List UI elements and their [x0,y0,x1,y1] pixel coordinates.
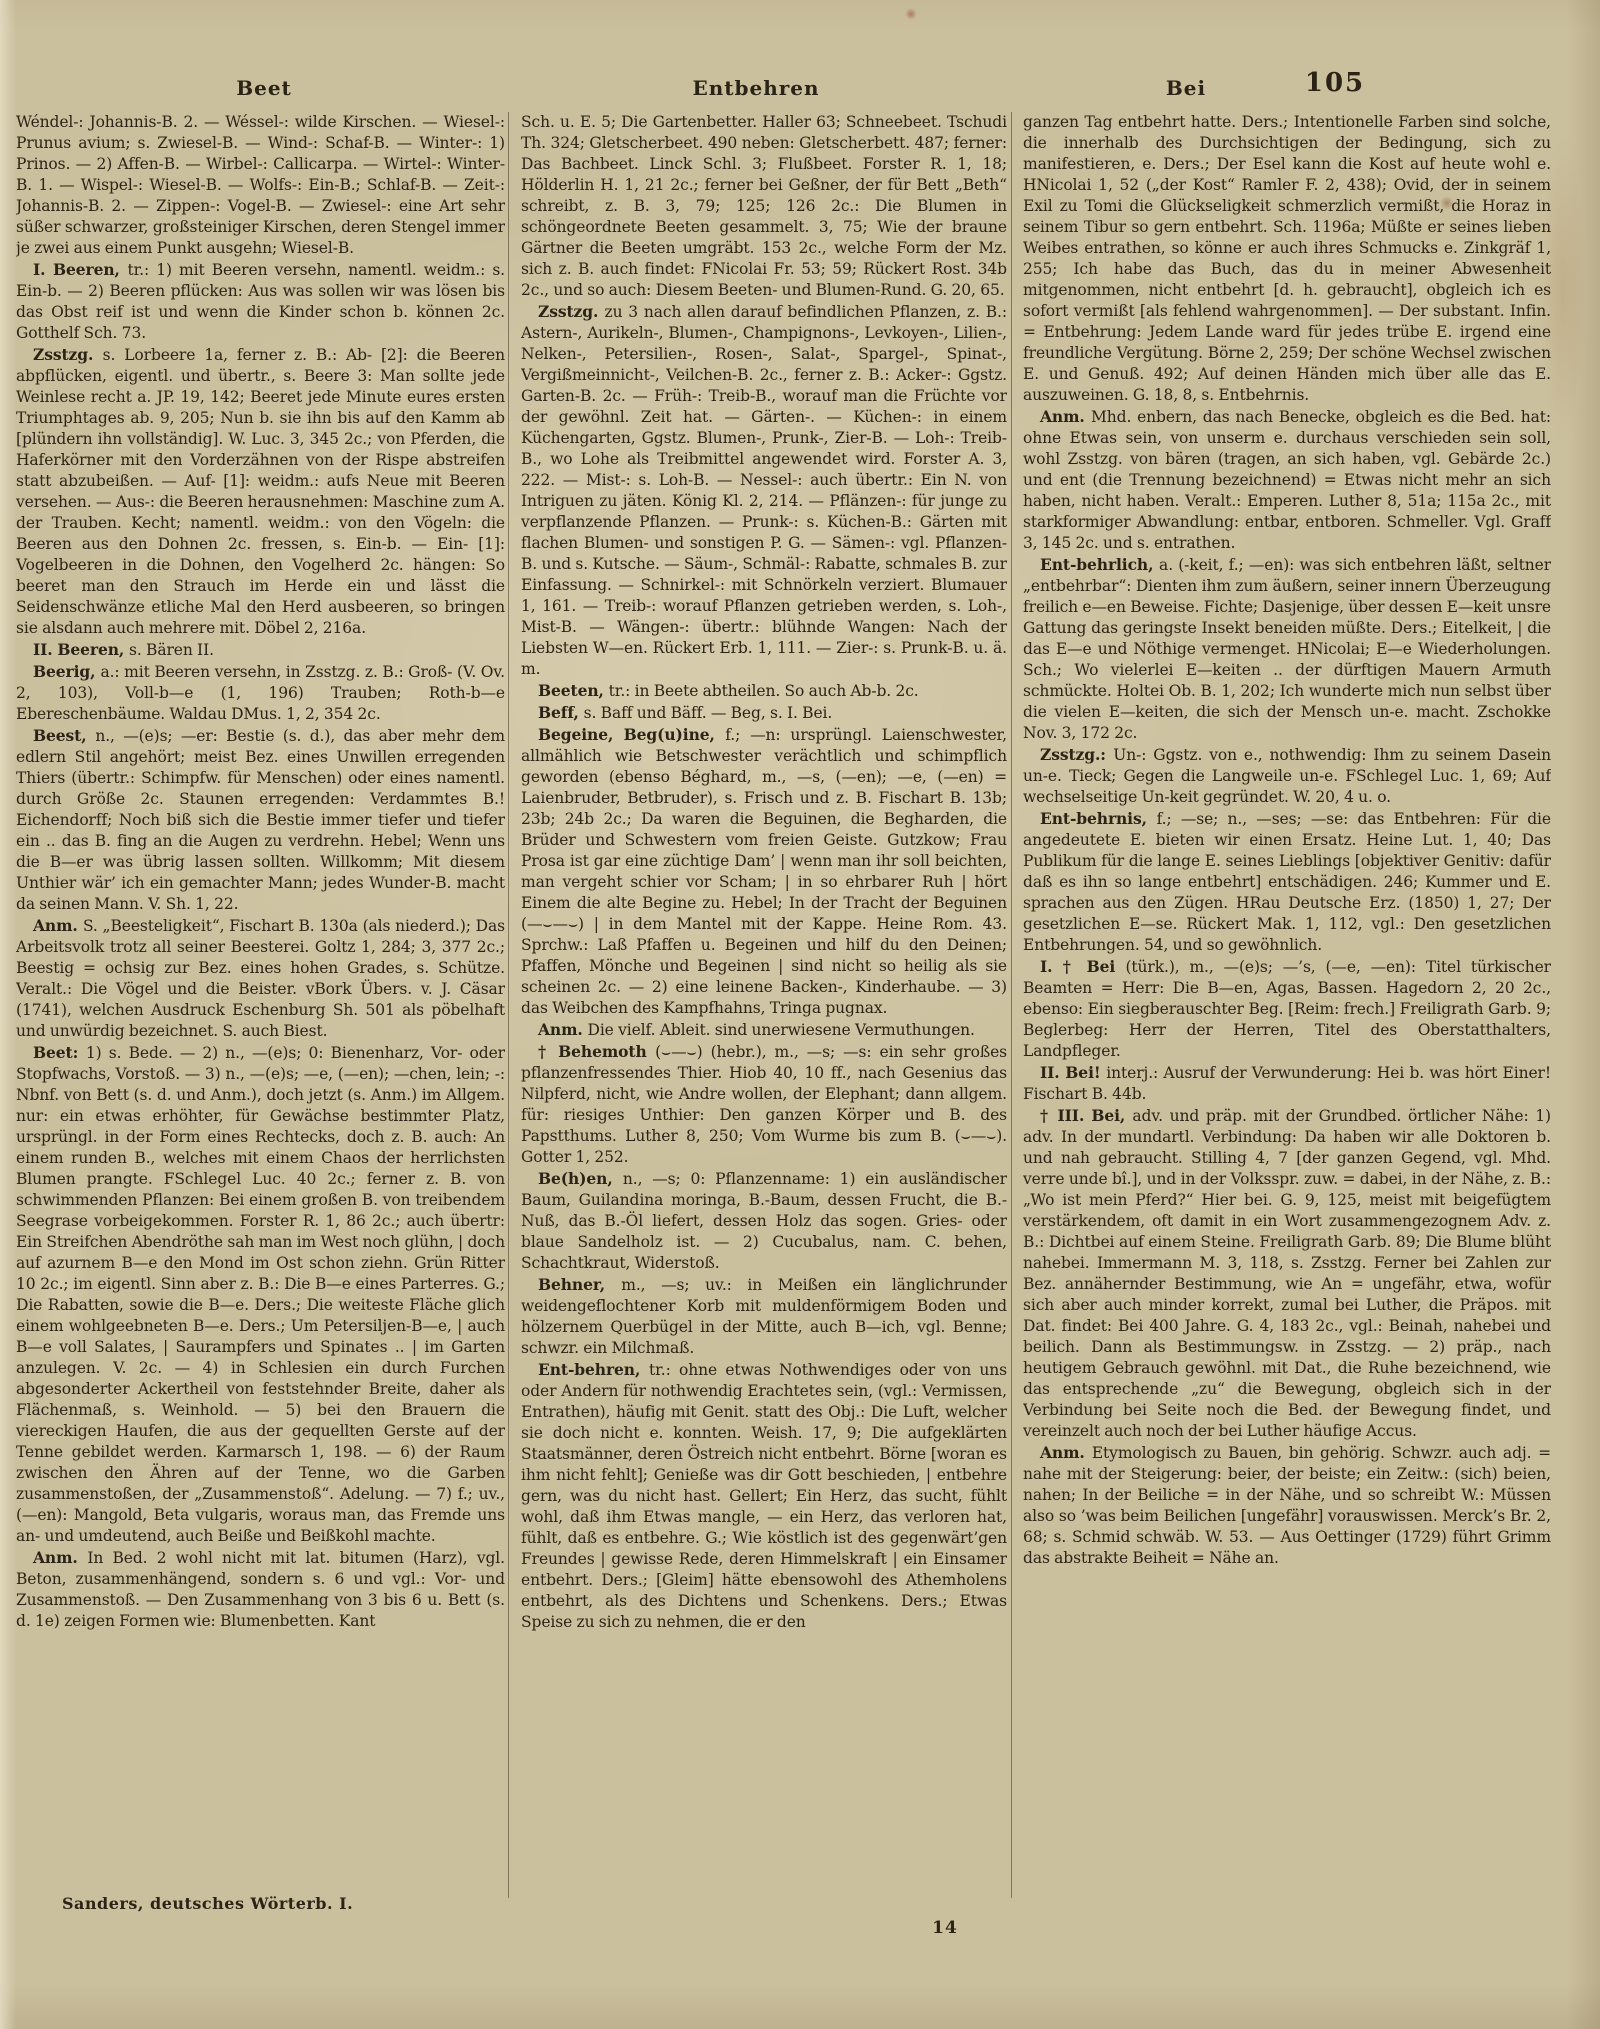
entry-paragraph: † III. Bei, adv. und präp. mit der Grund… [1023,1105,1551,1442]
entry-paragraph: Wéndel-: Johannis-B. 2. — Wéssel-: wilde… [16,112,505,259]
paper-stain [905,8,917,20]
headword: Beeten, [538,681,609,700]
entry-paragraph: I. Beeren, tr.: 1) mit Beeren versehn, n… [16,259,505,344]
headword: † III. Bei, [1040,1106,1132,1125]
entry-paragraph: Beest, n., —(e)s; —er: Bestie (s. d.), d… [16,725,505,915]
headword: I. Beeren, [33,260,127,279]
headword: Anm. [33,1548,87,1567]
entry-paragraph: Ent-behrnis, f.; —se; n., —ses; —se: das… [1023,808,1551,956]
headword: Be(h)en, [538,1169,623,1188]
entry-paragraph: Beerig, a.: mit Beeren versehn, in Zsstz… [16,661,505,725]
entry-paragraph: Anm. In Bed. 2 wohl nicht mit lat. bitum… [16,1547,505,1632]
running-head-left: Beet [236,76,292,100]
headword: Beest, [33,726,95,745]
entry-paragraph: ganzen Tag entbehrt hatte. Ders.; Intent… [1023,112,1551,406]
running-head-right: Bei [1166,76,1206,100]
entry-paragraph: Be(h)en, n., —s; 0: Pflanzenname: 1) ein… [521,1168,1007,1274]
headword: Anm. [538,1020,588,1039]
entry-paragraph: Anm. S. „Beesteligkeit“, Fischart B. 130… [16,915,505,1042]
headword: Anm. [1040,407,1091,426]
entry-paragraph: Beff, s. Baff und Bäff. — Beg, s. I. Bei… [521,702,1007,724]
column-rule-left [508,112,509,1898]
entry-paragraph: Beeten, tr.: in Beete abtheilen. So auch… [521,680,1007,702]
footer-imprint: Sanders, deutsches Wörterb. I. [62,1894,353,1913]
headword: Beerig, [33,662,100,681]
signature-mark: 14 [880,1918,1010,1938]
entry-paragraph: Behner, m., —s; uv.: in Meißen ein längl… [521,1274,1007,1359]
headword: Beet: [33,1043,86,1062]
headword: † Behemoth [538,1042,655,1061]
column-rule-right [1011,112,1012,1898]
column-1-text: Wéndel-: Johannis-B. 2. — Wéssel-: wilde… [16,112,505,1632]
headword: Zsstzg. [538,302,605,321]
running-head-center: Entbehren [692,76,819,100]
headword: Ent-behren, [538,1360,649,1379]
column-3-text: ganzen Tag entbehrt hatte. Ders.; Intent… [1023,112,1551,1569]
entry-paragraph: I. † Bei (türk.), m., —(e)s; —’s, (—e, —… [1023,956,1551,1062]
entry-paragraph: Begeine, Beg(u)ine, f.; —n: ursprüngl. L… [521,724,1007,1019]
headword: Anm. [33,916,83,935]
entry-paragraph: Beet: 1) s. Bede. — 2) n., —(e)s; 0: Bie… [16,1042,505,1547]
headword: II. Bei! [1040,1063,1106,1082]
headword: Anm. [1040,1443,1092,1462]
entry-paragraph: II. Beeren, s. Bären II. [16,639,505,661]
column-3: ganzen Tag entbehrt hatte. Ders.; Intent… [1023,112,1551,1896]
headword: Begeine, Beg(u)ine, [538,725,725,744]
page-number: 105 [1290,68,1380,98]
column-2-text: Sch. u. E. 5; Die Gartenbetter. Haller 6… [521,112,1007,1633]
column-1: Wéndel-: Johannis-B. 2. — Wéssel-: wilde… [16,112,505,1896]
headword: Ent-behrnis, [1040,809,1157,828]
headword: Zsstzg.: [1040,745,1113,764]
entry-paragraph: Anm. Mhd. enbern, das nach Benecke, obgl… [1023,406,1551,554]
entry-paragraph: Ent-behrlich, a. (-keit, f.; —en): was s… [1023,554,1551,744]
column-2: Sch. u. E. 5; Die Gartenbetter. Haller 6… [521,112,1007,1896]
entry-paragraph: Zsstzg. s. Lorbeere 1a, ferner z. B.: Ab… [16,344,505,639]
entry-paragraph: Sch. u. E. 5; Die Gartenbetter. Haller 6… [521,112,1007,301]
entry-paragraph: Zsstzg.: Un-: Ggstz. von e., nothwendig:… [1023,744,1551,808]
entry-paragraph: Anm. Etymologisch zu Bauen, bin gehörig.… [1023,1442,1551,1569]
entry-paragraph: Ent-behren, tr.: ohne etwas Nothwendiges… [521,1359,1007,1633]
entry-paragraph: † Behemoth (⌣—⌣) (hebr.), m., —s; —s: ei… [521,1041,1007,1168]
headword: Behner, [538,1275,621,1294]
headword: II. Beeren, [33,640,129,659]
headword: Zsstzg. [33,345,103,364]
scanned-dictionary-page: Beet Entbehren Bei 105 Wéndel-: Johannis… [0,0,1600,2029]
entry-paragraph: II. Bei! interj.: Ausruf der Verwunderun… [1023,1062,1551,1105]
entry-paragraph: Zsstzg. zu 3 nach allen darauf befindlic… [521,301,1007,680]
headword: I. † Bei [1040,957,1125,976]
headword: Ent-behrlich, [1040,555,1159,574]
headword: Beff, [538,703,584,722]
entry-paragraph: Anm. Die vielf. Ableit. sind unerwiesene… [521,1019,1007,1041]
